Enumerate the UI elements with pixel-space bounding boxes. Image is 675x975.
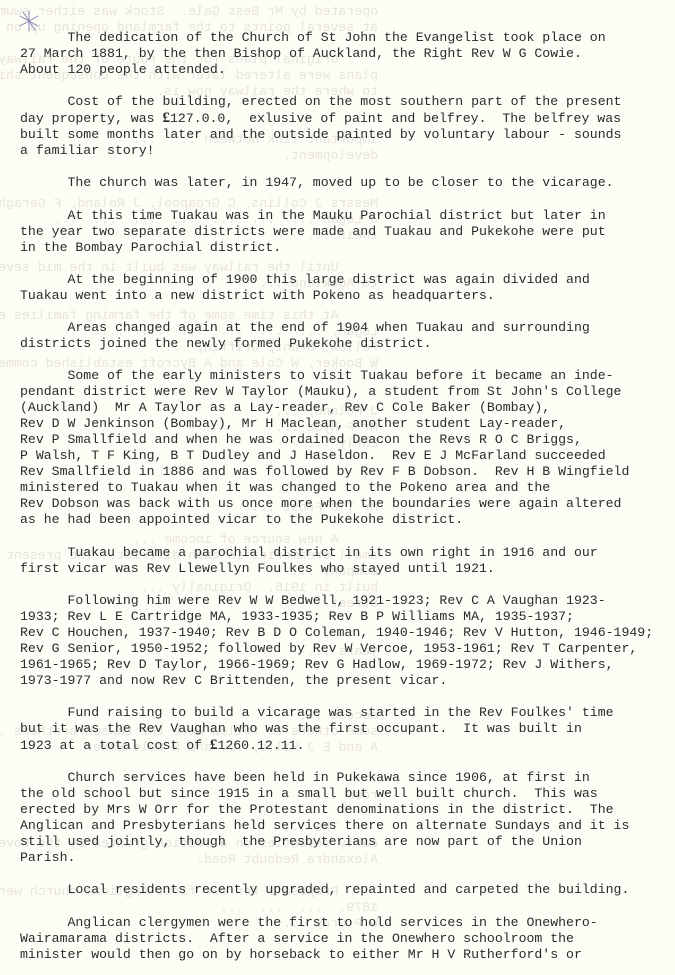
document-page: operated by Mr Bess Gale. Stock was eith… — [0, 0, 675, 975]
paragraph-gap — [20, 689, 670, 705]
text-line: Rev G Senior, 1950-1952; followed by Rev… — [20, 641, 670, 657]
paragraph: Areas changed again at the end of 1904 w… — [20, 320, 670, 352]
text-line: Areas changed again at the end of 1904 w… — [20, 320, 670, 336]
text-line: a familiar story! — [20, 143, 670, 159]
paragraph: Some of the early ministers to visit Tua… — [20, 368, 670, 528]
paragraph: The church was later, in 1947, moved up … — [20, 175, 670, 191]
text-line: Anglican clergymen were the first to hol… — [20, 915, 670, 931]
asterisk-star-icon — [18, 10, 40, 32]
paragraph: Tuakau became a parochial district in it… — [20, 545, 670, 577]
text-line: erected by Mrs W Orr for the Protestant … — [20, 802, 670, 818]
text-line: day property, was £127.0.0, exlusive of … — [20, 110, 670, 127]
text-line: Following him were Rev W W Bedwell, 1921… — [20, 593, 670, 609]
paragraph: At the beginning of 1900 this large dist… — [20, 272, 670, 304]
paragraph: Anglican clergymen were the first to hol… — [20, 915, 670, 963]
text-line: as he had been appointed vicar to the Pu… — [20, 512, 670, 528]
text-line: but it was the Rev Vaughan who was the f… — [20, 721, 670, 737]
text-line: At the beginning of 1900 this large dist… — [20, 272, 670, 288]
paragraph-gap — [20, 159, 670, 175]
bleed-line: operated by Mr Bess Gale. Stock was eith… — [0, 4, 655, 20]
paragraph: The dedication of the Church of St John … — [20, 30, 670, 78]
paragraph-gap — [20, 577, 670, 593]
text-line: 1923 at a total cost of £1260.12.11. — [20, 737, 670, 754]
paragraph-gap — [20, 256, 670, 272]
text-line: ministered to Tuakau when it was changed… — [20, 480, 670, 496]
text-line: Fund raising to build a vicarage was sta… — [20, 705, 670, 721]
text-line: in the Bombay Parochial district. — [20, 240, 670, 256]
text-line: Tuakau became a parochial district in it… — [20, 545, 670, 561]
paragraph: At this time Tuakau was in the Mauku Par… — [20, 208, 670, 256]
text-line: Wairamarama districts. After a service i… — [20, 931, 670, 947]
paragraph: Local residents recently upgraded, repai… — [20, 882, 670, 898]
paragraph-gap — [20, 304, 670, 320]
text-line: At this time Tuakau was in the Mauku Par… — [20, 208, 670, 224]
text-line: Church services have been held in Pukeka… — [20, 770, 670, 786]
text-line: Rev Smallfield in 1886 and was followed … — [20, 464, 670, 480]
text-line: Cost of the building, erected on the mos… — [20, 94, 670, 110]
paragraph-gap — [20, 754, 670, 770]
paragraph: Church services have been held in Pukeka… — [20, 770, 670, 866]
text-line: (Auckland) Mr A Taylor as a Lay-reader, … — [20, 400, 670, 416]
document-body: The dedication of the Church of St John … — [20, 30, 670, 963]
paragraph-gap — [20, 191, 670, 207]
text-line: 1961-1965; Rev D Taylor, 1966-1969; Rev … — [20, 657, 670, 673]
paragraph-gap — [20, 528, 670, 544]
text-line: Parish. — [20, 850, 670, 866]
text-line: P Walsh, T F King, B T Dudley and J Hase… — [20, 448, 670, 464]
text-line: Local residents recently upgraded, repai… — [20, 882, 670, 898]
text-line: still used jointly, though the Presbyter… — [20, 834, 670, 850]
paragraph: Cost of the building, erected on the mos… — [20, 94, 670, 159]
text-line: 1973-1977 and now Rev C Brittenden, the … — [20, 673, 670, 689]
text-line: Rev C Houchen, 1937-1940; Rev B D O Cole… — [20, 625, 670, 641]
text-line: Rev D W Jenkinson (Bombay), Mr H Maclean… — [20, 416, 670, 432]
text-line: 1933; Rev L E Cartridge MA, 1933-1935; R… — [20, 609, 670, 625]
text-line: Rev Dobson was back with us once more wh… — [20, 496, 670, 512]
paragraph-gap — [20, 352, 670, 368]
pound-sign: £ — [210, 737, 218, 753]
pound-sign: £ — [162, 110, 170, 126]
paragraph-gap — [20, 899, 670, 915]
text-line: Some of the early ministers to visit Tua… — [20, 368, 670, 384]
paragraph: Fund raising to build a vicarage was sta… — [20, 705, 670, 754]
text-line: the year two separate districts were mad… — [20, 224, 670, 240]
paragraph-gap — [20, 866, 670, 882]
text-line: first vicar was Rev Llewellyn Foulkes wh… — [20, 561, 670, 577]
text-line: The dedication of the Church of St John … — [20, 30, 670, 46]
text-line: Anglican and Presbyterians held services… — [20, 818, 670, 834]
paragraph: Following him were Rev W W Bedwell, 1921… — [20, 593, 670, 689]
text-line: districts joined the newly formed Pukeko… — [20, 336, 670, 352]
text-line: 27 March 1881, by the then Bishop of Auc… — [20, 46, 670, 62]
text-line: Tuakau went into a new district with Pok… — [20, 288, 670, 304]
text-line: minister would then go on by horseback t… — [20, 947, 670, 963]
text-line: built some months later and the outside … — [20, 127, 670, 143]
text-line: pendant district were Rev W Taylor (Mauk… — [20, 384, 670, 400]
text-line: Rev P Smallfield and when he was ordaine… — [20, 432, 670, 448]
text-line: The church was later, in 1947, moved up … — [20, 175, 670, 191]
text-line: the old school but since 1915 in a small… — [20, 786, 670, 802]
text-line: About 120 people attended. — [20, 62, 670, 78]
paragraph-gap — [20, 78, 670, 94]
